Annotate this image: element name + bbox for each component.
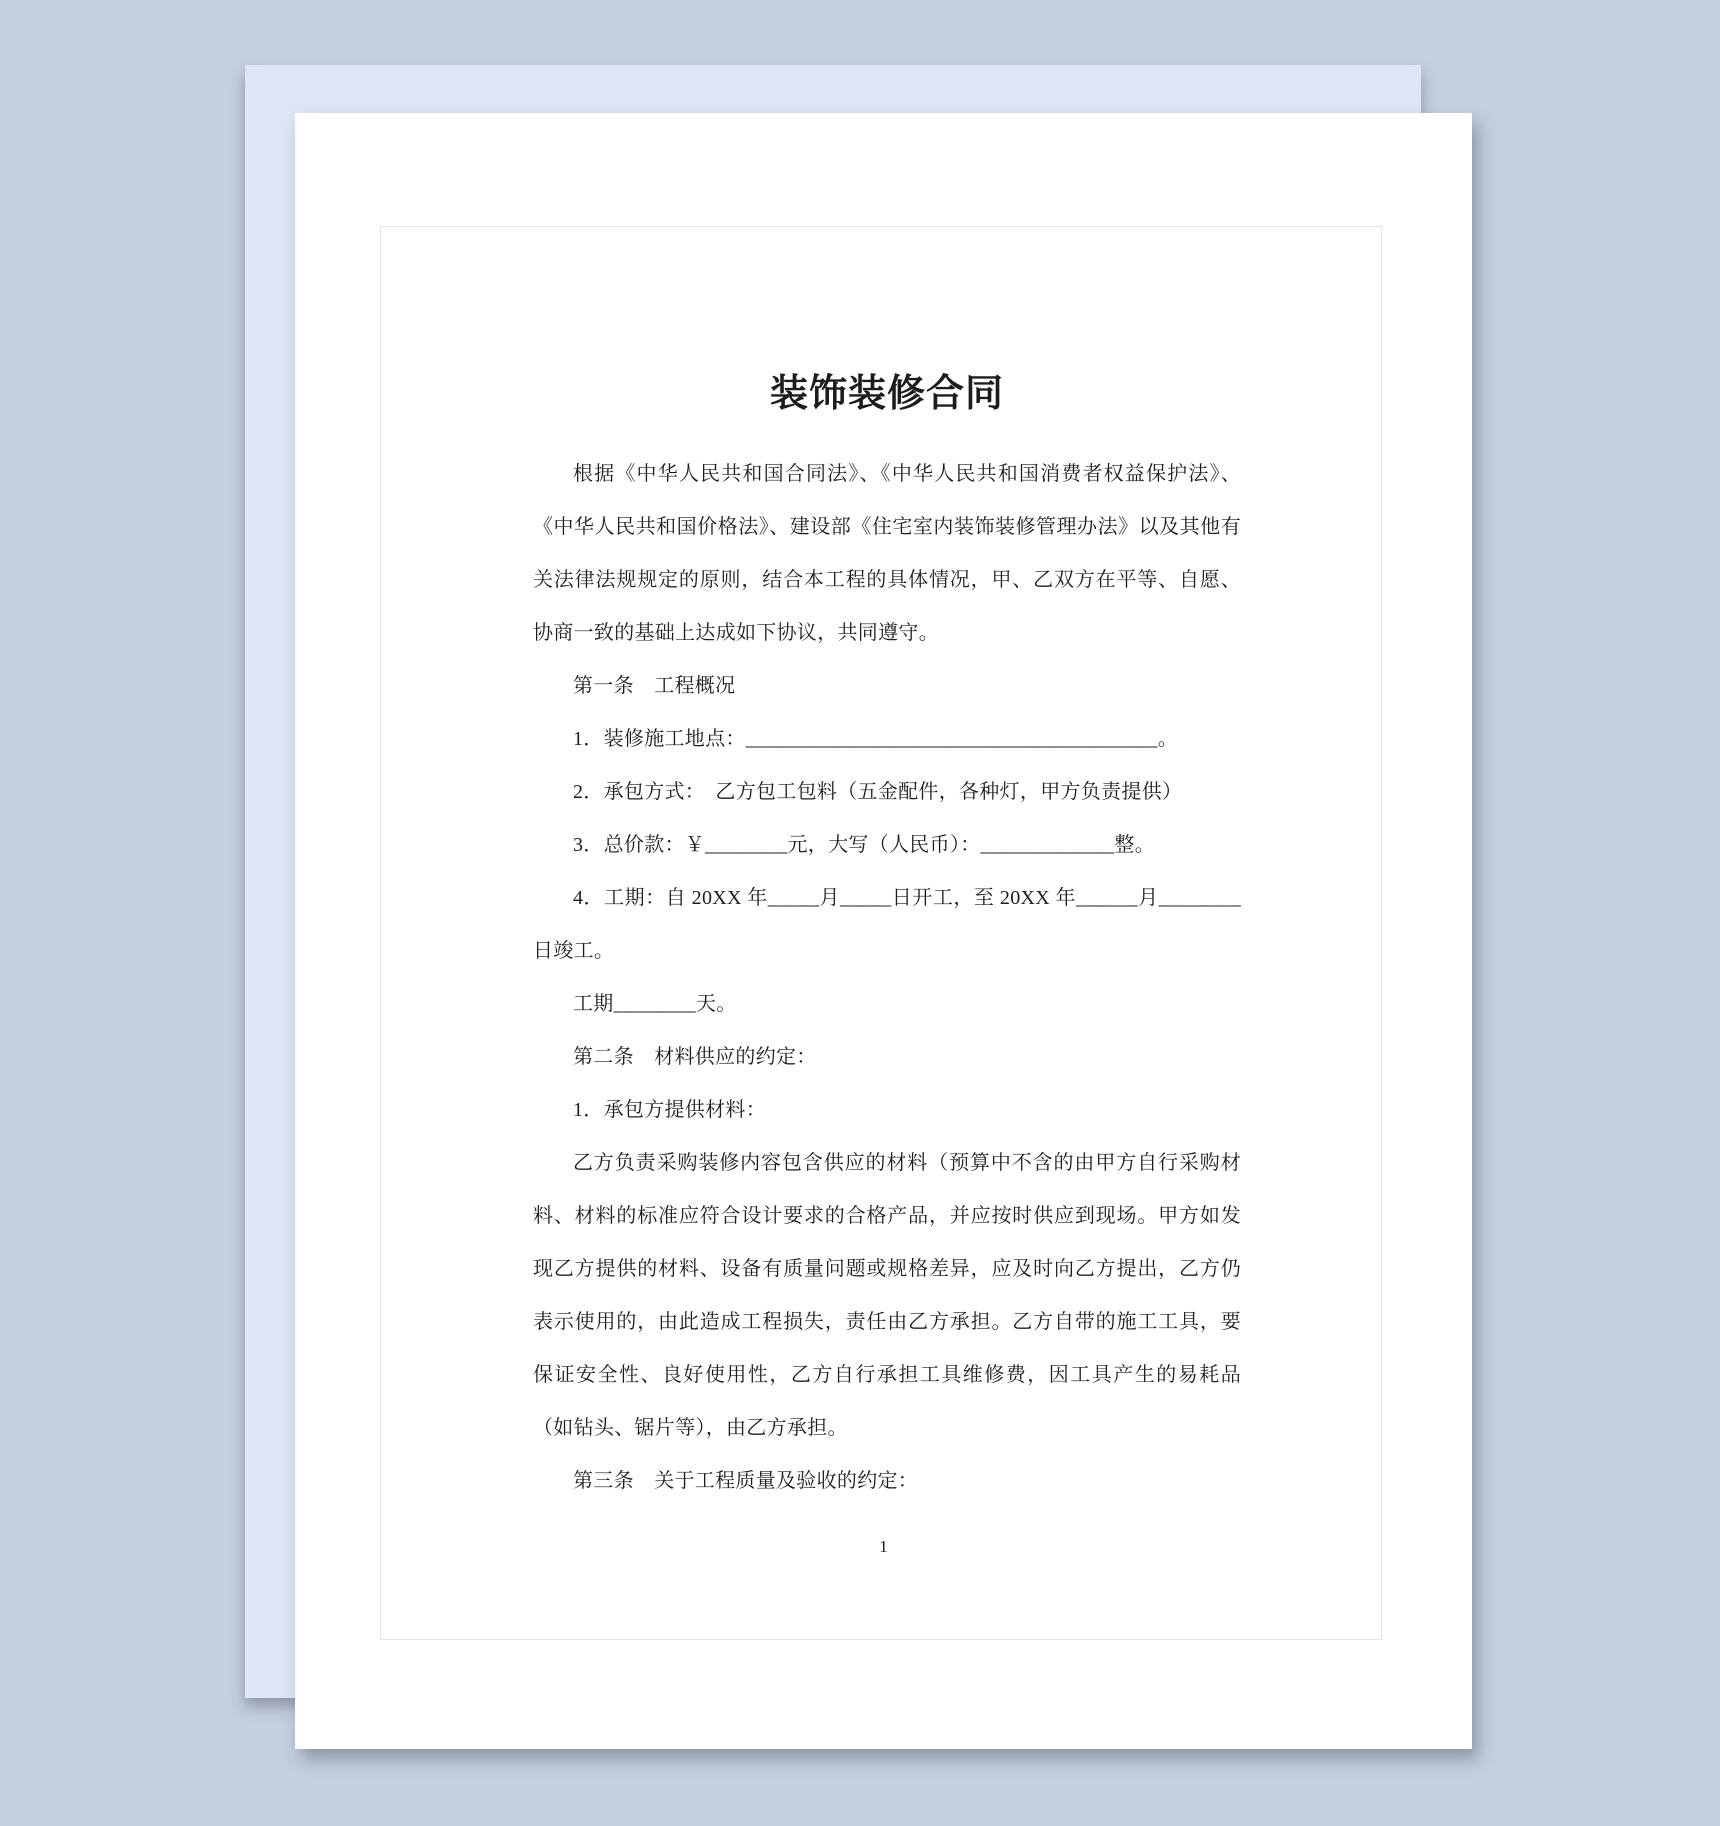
- paragraph: 第一条 工程概况: [533, 660, 1241, 713]
- paragraph: 1．装修施工地点：_______________________________…: [533, 713, 1241, 766]
- desktop-background: 装饰装修合同 根据《中华人民共和国合同法》、《中华人民共和国消费者权益保护法》、…: [0, 0, 1720, 1826]
- paragraph: 第三条 关于工程质量及验收的约定：: [533, 1455, 1241, 1508]
- paragraph: 第二条 材料供应的约定：: [533, 1031, 1241, 1084]
- document-title: 装饰装修合同: [533, 366, 1241, 422]
- document-body: 根据《中华人民共和国合同法》、《中华人民共和国消费者权益保护法》、《中华人民共和…: [533, 448, 1241, 1508]
- paragraph: 根据《中华人民共和国合同法》、《中华人民共和国消费者权益保护法》、《中华人民共和…: [533, 448, 1241, 660]
- document-page: 装饰装修合同 根据《中华人民共和国合同法》、《中华人民共和国消费者权益保护法》、…: [295, 113, 1472, 1749]
- paragraph: 工期________天。: [533, 978, 1241, 1031]
- document-content: 装饰装修合同 根据《中华人民共和国合同法》、《中华人民共和国消费者权益保护法》、…: [533, 366, 1241, 1508]
- paragraph: 4．工期：自 20XX 年_____月_____日开工，至 20XX 年____…: [533, 872, 1241, 978]
- paragraph: 3．总价款：￥________元，大写（人民币）：_____________整。: [533, 819, 1241, 872]
- page-number: 1: [295, 1534, 1472, 1560]
- paragraph: 乙方负责采购装修内容包含供应的材料（预算中不含的由甲方自行采购材料、材料的标准应…: [533, 1137, 1241, 1455]
- paragraph: 2．承包方式： 乙方包工包料（五金配件，各种灯，甲方负责提供）: [533, 766, 1241, 819]
- paragraph: 1．承包方提供材料：: [533, 1084, 1241, 1137]
